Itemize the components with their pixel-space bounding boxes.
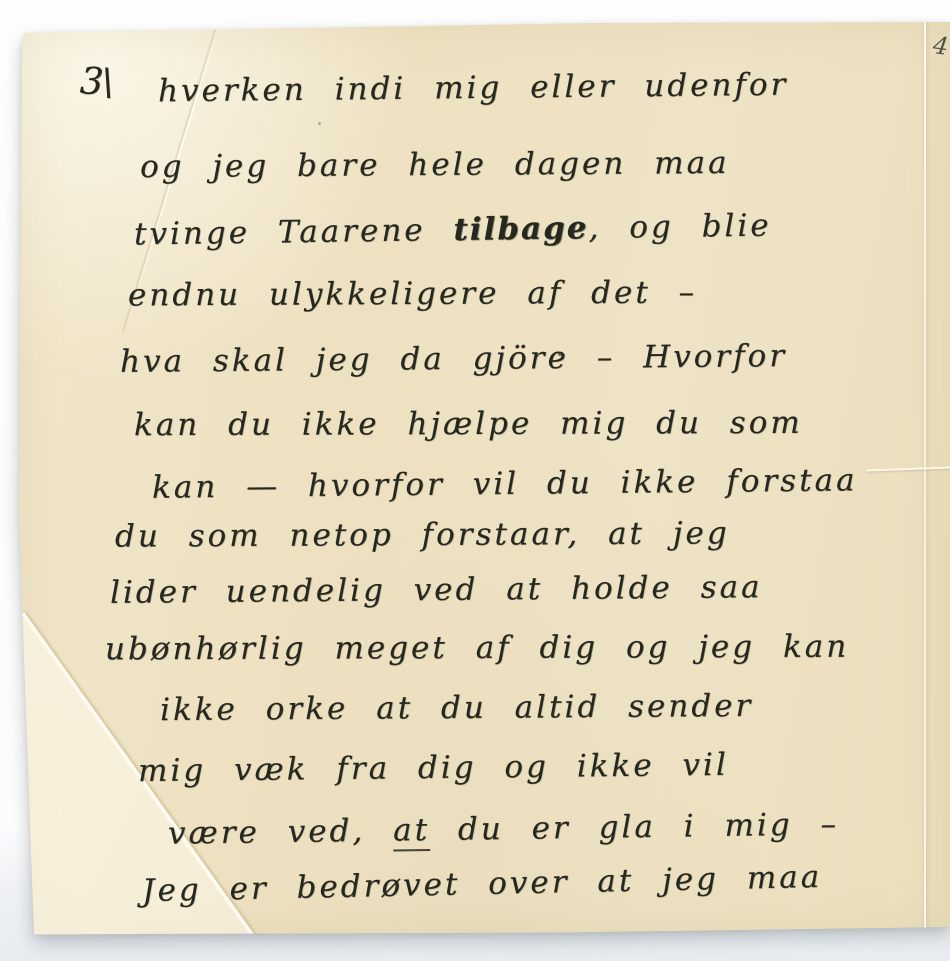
line-text: hverken indi mig eller udenfor bbox=[158, 67, 789, 110]
line-text: kan du ikke hjælpe mig du som bbox=[134, 405, 803, 443]
line-text: mig væk fra dig og ikke vil bbox=[138, 747, 729, 789]
line-text: ubønhørlig meget af dig og jeg kan bbox=[105, 629, 849, 668]
line-text: være ved, bbox=[168, 813, 394, 852]
crease-line-right bbox=[924, 22, 926, 938]
handwritten-line-9: lider uendelig ved at holde saa bbox=[110, 569, 763, 611]
line-text: ikke orke at du altid sender bbox=[160, 688, 754, 728]
line-text: , og blie bbox=[588, 208, 772, 247]
line-text: og jeg bare hele dagen maa bbox=[140, 145, 730, 185]
handwritten-line-1: hverken indi mig eller udenfor bbox=[158, 67, 789, 110]
handwritten-line-6: kan du ikke hjælpe mig du som bbox=[134, 405, 803, 443]
line-text: lider uendelig ved at holde saa bbox=[110, 569, 763, 611]
handwritten-line-5: hva skal jeg da gjöre – Hvorfor bbox=[120, 338, 787, 380]
line-text: Jeg er bedrøvet over at jeg maa bbox=[142, 859, 823, 909]
line-text: hva skal jeg da gjöre – Hvorfor bbox=[120, 338, 787, 380]
line-text: tvinge Taarene bbox=[134, 212, 454, 252]
line-text: du er gla i mig – bbox=[430, 806, 839, 848]
corner-page-number: 4 bbox=[931, 31, 950, 61]
line-text: du som netop forstaar, at jeg bbox=[115, 515, 730, 554]
page-marker: 3\ bbox=[79, 59, 113, 104]
line-text: kan — hvorfor vil du ikke forstaa bbox=[152, 462, 858, 505]
paper-shadow: 3\ 4 hverken indi mig eller udenfor og j… bbox=[0, 0, 950, 961]
crease-line-right-horizontal bbox=[866, 467, 950, 472]
handwritten-line-3: tvinge Taarene tilbage, og blie bbox=[134, 208, 772, 253]
handwritten-line-8: du som netop forstaar, at jeg bbox=[115, 515, 730, 554]
handwritten-line-2: og jeg bare hele dagen maa bbox=[140, 145, 730, 185]
handwritten-line-7: kan — hvorfor vil du ikke forstaa bbox=[152, 462, 858, 505]
scanned-letter-page: 3\ 4 hverken indi mig eller udenfor og j… bbox=[0, 0, 950, 961]
handwritten-line-4: endnu ulykkeligere af det – bbox=[128, 275, 697, 314]
handwritten-line-13: være ved, at du er gla i mig – bbox=[168, 806, 839, 851]
ink-speck bbox=[318, 122, 321, 125]
letter-paper: 3\ 4 hverken indi mig eller udenfor og j… bbox=[18, 22, 950, 938]
handwritten-line-12: mig væk fra dig og ikke vil bbox=[138, 747, 729, 789]
emphasized-word: tilbage bbox=[453, 210, 589, 248]
handwritten-line-10: ubønhørlig meget af dig og jeg kan bbox=[105, 629, 849, 668]
underlined-word: at bbox=[393, 812, 430, 852]
handwritten-line-11: ikke orke at du altid sender bbox=[160, 688, 754, 728]
line-text: endnu ulykkeligere af det – bbox=[128, 275, 697, 314]
handwritten-line-14: Jeg er bedrøvet over at jeg maa bbox=[142, 859, 823, 909]
